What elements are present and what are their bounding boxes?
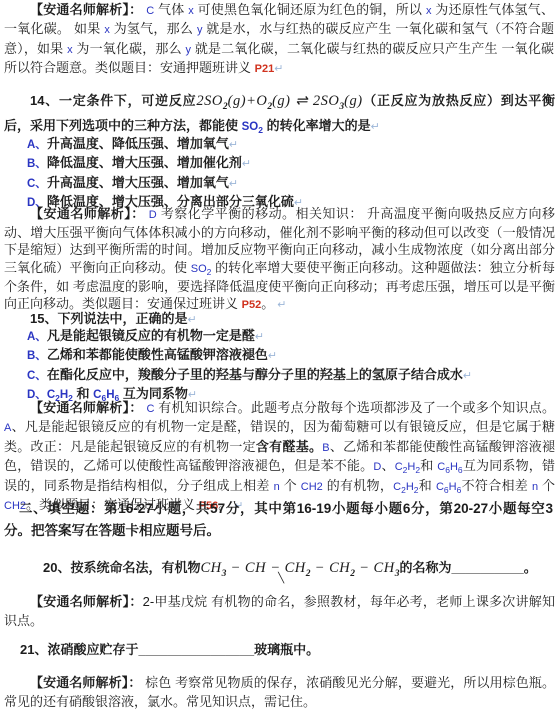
text-segment: __________ bbox=[451, 560, 523, 575]
text-segment: 的转化率增大的是 bbox=[263, 118, 371, 133]
text-segment: B、 bbox=[27, 350, 47, 362]
question-14-option-b: B、降低温度、增大压强、增加催化剂↵ bbox=[27, 154, 303, 173]
question-15-option-a: A、凡是能起银镜反应的有机物一定是醛↵ bbox=[27, 327, 472, 346]
text-segment: 二、填空题：第16-27小题，共57分，其中第16-19小题每小题6分，第20-… bbox=[4, 501, 553, 538]
text-segment: 15、下列说法中，正确的是 bbox=[30, 311, 187, 326]
text-segment: 6 bbox=[444, 485, 449, 495]
text-segment: 3 bbox=[222, 569, 227, 579]
text-segment: 6 bbox=[457, 485, 462, 495]
text-segment: 为一氧化碳，那么 bbox=[73, 41, 186, 56]
text-segment: 6 bbox=[445, 465, 450, 475]
text-segment: 2 bbox=[223, 102, 228, 112]
text-segment: 2 bbox=[414, 485, 419, 495]
question-20-stem: 20、按系统命名法，有机物CH3 − CH╲ − CH2 − CH2 − CH3… bbox=[4, 556, 556, 582]
text-segment: 【安通名师解析】： bbox=[30, 2, 142, 17]
text-segment: 在酯化反应中，羧酸分子里的羟基与醇分子里的羟基上的氢原子结合成水 bbox=[47, 367, 463, 382]
question-15-stem: 15、下列说法中，正确的是↵ bbox=[4, 308, 555, 327]
text-segment: C bbox=[393, 481, 401, 493]
text-segment: C bbox=[146, 5, 154, 17]
question-15-options: A、凡是能起银镜反应的有机物一定是醛↵ B、乙烯和苯都能使酸性高锰酸钾溶液褪色↵… bbox=[27, 327, 472, 405]
text-segment: 2 bbox=[350, 569, 355, 579]
text-segment: ↵ bbox=[229, 178, 238, 190]
text-segment: 14、一定条件下，可逆反应 bbox=[30, 93, 196, 108]
text-segment: 2 bbox=[403, 465, 408, 475]
text-segment: 2 bbox=[258, 125, 263, 135]
text-segment: 乙烯和苯都能使酸性高锰酸钾溶液褪色 bbox=[47, 347, 268, 362]
text-segment: 可使黑色氧化铜还原为红色的铜，所以 bbox=[194, 2, 426, 17]
text-segment: A、 bbox=[27, 331, 47, 343]
text-segment: C、 bbox=[27, 370, 47, 382]
text-segment: P21 bbox=[255, 63, 275, 75]
text-segment: 2SO bbox=[196, 93, 222, 109]
analysis-question-13: 【安通名师解析】： C 气体 x 可使黑色氧化铜还原为红色的铜，所以 x 为还原… bbox=[4, 1, 554, 78]
text-segment: 20、按系统命名法，有机物 bbox=[43, 560, 200, 575]
text-segment: (g) bbox=[272, 93, 290, 109]
text-segment: 个 bbox=[538, 478, 555, 493]
text-segment: 含有醛基。 bbox=[256, 439, 322, 454]
text-segment: ↵ bbox=[371, 121, 380, 133]
section-2-header: 二、填空题：第16-27小题，共57分，其中第16-19小题每小题6分，第20-… bbox=[4, 498, 553, 541]
text-segment: 的有机物， bbox=[323, 478, 393, 493]
text-segment: − bbox=[226, 560, 245, 576]
text-segment: CH bbox=[374, 560, 395, 576]
text-segment: 2 bbox=[415, 465, 420, 475]
text-segment: (g)+O bbox=[228, 93, 268, 109]
text-segment: ↵ bbox=[268, 350, 277, 362]
text-segment: 【安通名师解析】： bbox=[30, 594, 143, 609]
text-segment: 和 bbox=[419, 478, 436, 493]
text-segment: CH bbox=[285, 560, 306, 576]
text-segment: 为氢气，那么 bbox=[110, 21, 197, 36]
question-14-stem: 14、一定条件下，可逆反应2SO2(g)+O2(g) ⇌ 2SO3(g)（正反应… bbox=[4, 90, 555, 138]
question-14-option-c: C、升高温度、增大压强、增加氧气↵ bbox=[27, 174, 303, 193]
text-segment: 凡是能起银镜反应的有机物一定是醛 bbox=[47, 328, 255, 343]
text-segment: A、 bbox=[27, 139, 47, 151]
text-segment: 3 bbox=[339, 102, 344, 112]
text-segment: 2 bbox=[306, 569, 311, 579]
text-segment: 降低温度、增大压强、增加催化剂 bbox=[47, 155, 242, 170]
text-segment: C bbox=[436, 481, 444, 493]
question-15-option-b: B、乙烯和苯都能使酸性高锰酸钾溶液褪色↵ bbox=[27, 346, 472, 365]
text-segment: 玻璃瓶中。 bbox=[254, 642, 319, 657]
text-segment: ⇌ bbox=[291, 93, 313, 109]
text-segment: 3 bbox=[395, 569, 400, 579]
text-segment: C、 bbox=[27, 178, 47, 190]
text-segment: 和 bbox=[420, 458, 437, 473]
text-segment: 升高温度、增大压强、增加氧气 bbox=[47, 175, 229, 190]
text-segment: 2 bbox=[401, 485, 406, 495]
text-segment: H bbox=[449, 481, 457, 493]
text-segment: CH bbox=[245, 560, 266, 576]
analysis-question-21: 【安通名师解析】： 棕色 考察常见物质的保存，浓硝酸见光分解，要避光，所以用棕色… bbox=[4, 673, 555, 711]
text-segment: ↵ bbox=[463, 370, 472, 382]
text-segment: 升高温度、降低压强、增加氧气 bbox=[47, 136, 229, 151]
text-segment: 不符合相差 bbox=[461, 478, 532, 493]
text-segment: 【安通名师解析】： bbox=[30, 675, 141, 690]
analysis-question-20: 【安通名师解析】：2-甲基戊烷 有机物的命名，参照教材，每年必考，老师上课多次讲… bbox=[4, 593, 555, 630]
text-segment: SO bbox=[191, 263, 207, 275]
text-segment: ________________ bbox=[138, 642, 254, 657]
question-14-options: A、升高温度、降低压强、增加氧气↵ B、降低温度、增大压强、增加催化剂↵ C、升… bbox=[27, 135, 303, 213]
text-segment: ↵ bbox=[242, 158, 251, 170]
text-segment: ↵ bbox=[229, 139, 238, 151]
text-segment: 2SO bbox=[313, 93, 339, 109]
text-segment: 21、浓硝酸应贮存于 bbox=[20, 642, 138, 657]
question-15-option-c: C、在酯化反应中，羧酸分子里的羟基与醇分子里的羟基上的氢原子结合成水↵ bbox=[27, 366, 472, 385]
text-segment: ↵ bbox=[274, 63, 283, 75]
text-segment: H bbox=[406, 481, 414, 493]
text-segment: − bbox=[355, 560, 374, 576]
text-segment: ↵ bbox=[187, 314, 196, 326]
text-segment: 。 bbox=[524, 560, 537, 575]
text-segment: CH2 bbox=[301, 481, 323, 493]
text-segment: 、 bbox=[381, 458, 394, 473]
text-segment: 【安通名师解析】： bbox=[30, 400, 143, 415]
text-segment: 【安通名师解析】： bbox=[30, 206, 145, 221]
text-segment: CH bbox=[329, 560, 350, 576]
question-14-option-a: A、升高温度、降低压强、增加氧气↵ bbox=[27, 135, 303, 154]
text-segment: 2 bbox=[207, 267, 212, 277]
text-segment: − bbox=[311, 560, 330, 576]
document-page: { "colors":{"accent_blue":"#2a35c2","ref… bbox=[0, 0, 560, 716]
analysis-question-14: 【安通名师解析】： D 考察化学平衡的移动。相关知识： 升高温度平衡向吸热反应方… bbox=[4, 205, 555, 314]
text-segment: (g) bbox=[344, 93, 362, 109]
text-segment: D bbox=[149, 209, 157, 221]
text-segment: 气体 bbox=[154, 2, 188, 17]
text-segment: CH bbox=[200, 560, 221, 576]
text-segment: H bbox=[450, 461, 458, 473]
text-segment: 的名称为 bbox=[399, 560, 451, 575]
text-segment: 有机知识综合。此题考点分散每个选项都涉及了一个或多个知识点。 bbox=[154, 400, 555, 415]
text-segment: B bbox=[322, 442, 329, 454]
text-segment: B、 bbox=[27, 158, 47, 170]
question-21-stem: 21、浓硝酸应贮存于________________玻璃瓶中。 bbox=[4, 639, 556, 658]
text-segment: 2 bbox=[267, 102, 272, 112]
text-segment: SO bbox=[242, 121, 259, 133]
text-segment: 个 bbox=[280, 478, 301, 493]
text-segment: C bbox=[395, 461, 403, 473]
text-segment: ↵ bbox=[255, 331, 264, 343]
text-segment: C bbox=[437, 461, 445, 473]
text-segment: 6 bbox=[458, 465, 463, 475]
